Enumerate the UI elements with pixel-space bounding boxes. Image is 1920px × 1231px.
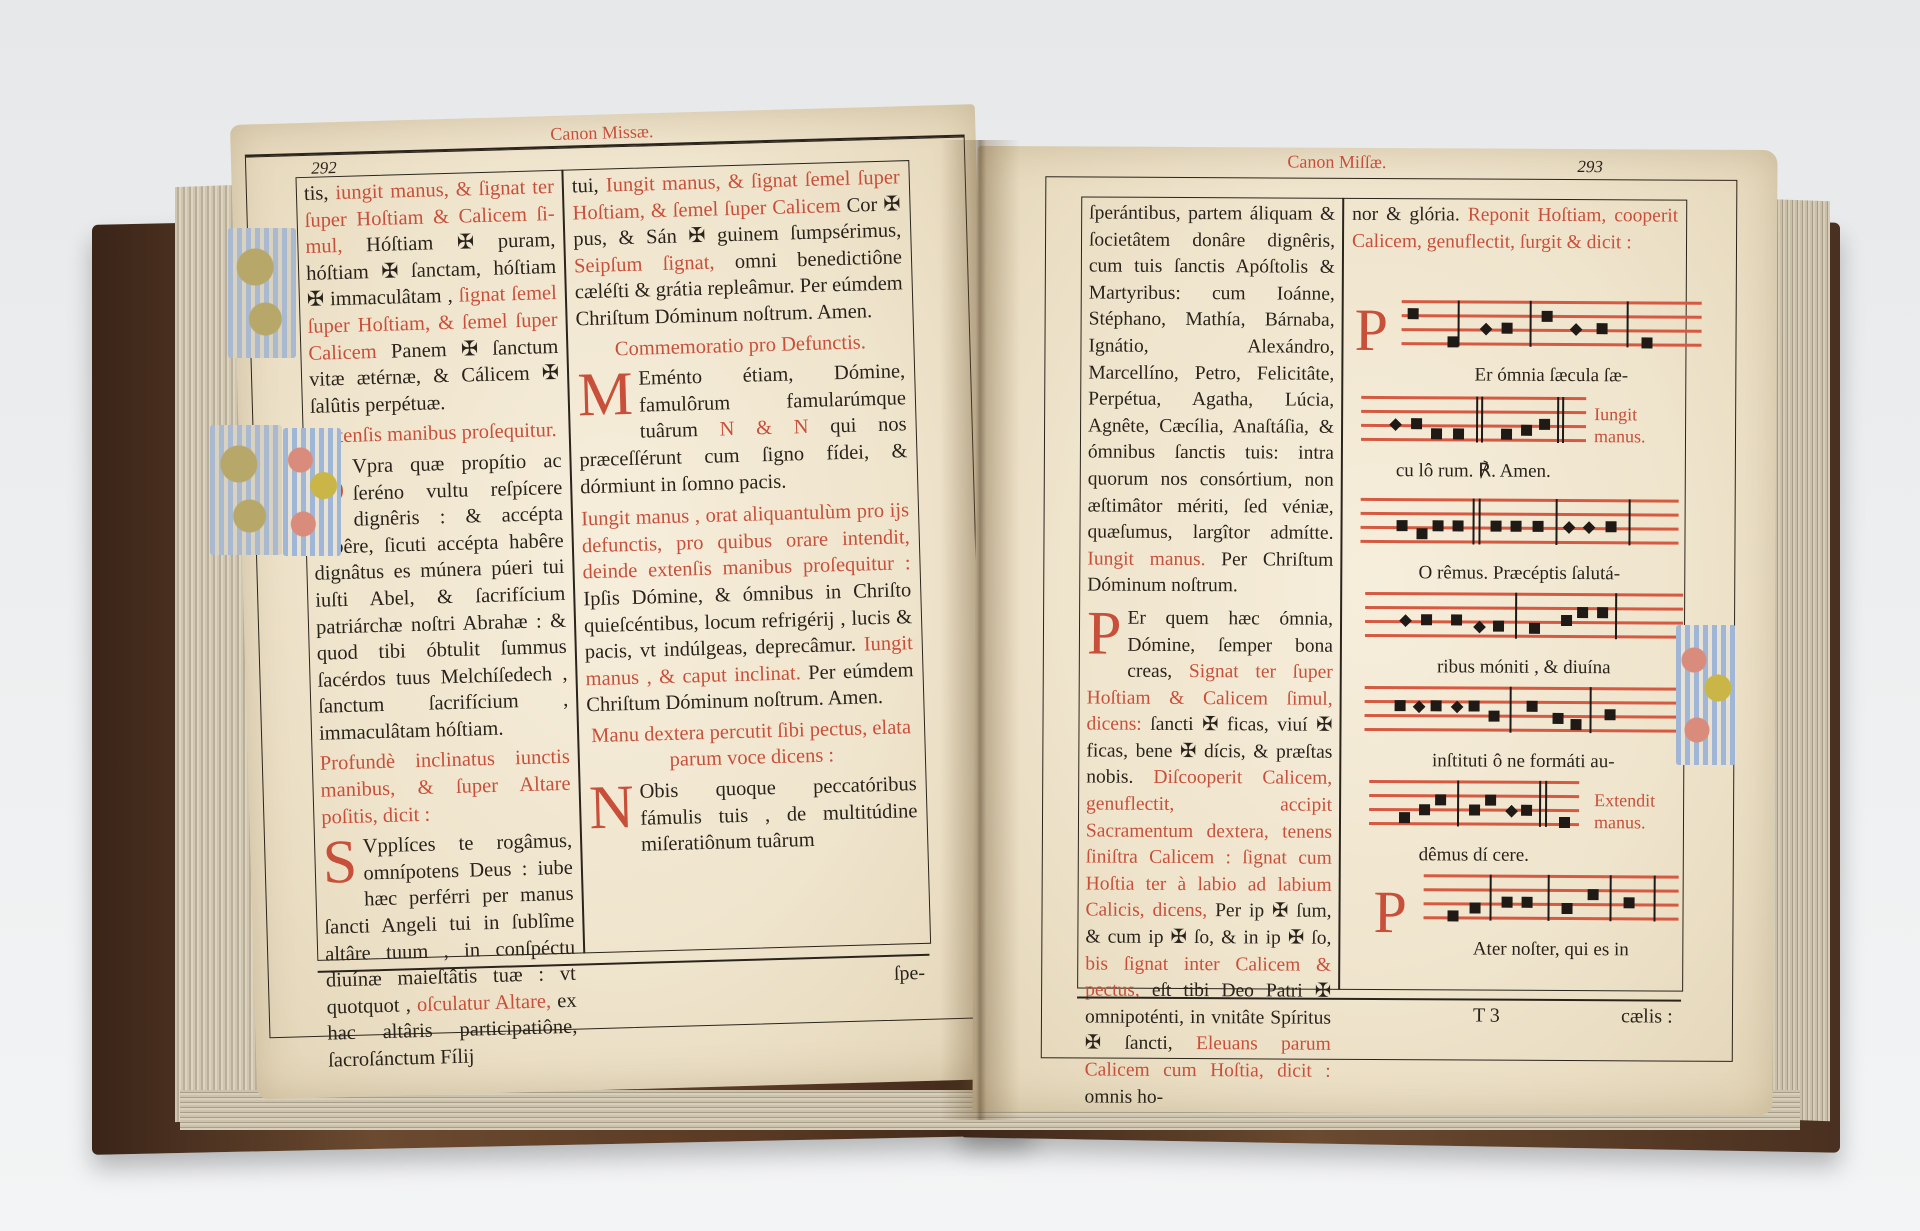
rubric-run: Diſcooperit Calicem, genuflectit, accipi…	[1085, 767, 1332, 921]
rubric-run: Iungit manus.	[1087, 548, 1205, 570]
drop-cap-initial: P	[1087, 607, 1122, 659]
red-staff	[1365, 588, 1683, 654]
text-run: ſperántibus, partem áliquam & ſocietâtem…	[1087, 202, 1335, 543]
drop-cap-initial: N	[588, 781, 634, 834]
prayer-per-quem: P Er quem hæc ómnia, Dómine, ſemper bona…	[1084, 605, 1333, 1112]
rubric-run: oſculatur Altare,	[417, 990, 552, 1016]
red-staff	[1364, 682, 1682, 748]
chant-lyric: dêmus dí cere.	[1369, 840, 1579, 871]
red-staff	[1360, 494, 1678, 560]
chant-initial-P: P	[1373, 878, 1407, 947]
red-staff	[1369, 776, 1579, 841]
communicantes-text: ſperántibus, partem áliquam & ſocietâtem…	[1087, 200, 1335, 600]
text-run: tui,	[572, 175, 607, 198]
drop-cap-initial: M	[577, 368, 634, 422]
chant-system-6: dêmus dí cere.	[1369, 776, 1579, 871]
prayer-supra-quae: S Vpra quæ propítio ac ſeréno vultu reſp…	[311, 448, 569, 747]
rubric-run: Seipſum ſignat,	[574, 251, 715, 277]
text-run: Ipſis Dómine, & ómnibus in Chriſto quieſ…	[583, 579, 912, 663]
right-column-a: ſperántibus, partem áliquam & ſocietâtem…	[1084, 200, 1335, 1111]
ribbon-marker[interactable]	[1676, 625, 1736, 765]
ribbon-marker[interactable]	[283, 428, 341, 556]
rubric-extensis: Extenſis manibus proſequitur.	[310, 417, 561, 451]
signature-mark: T 3	[1473, 1005, 1500, 1028]
rubric-profunde: Profundè inclinatus iunctis manibus, & ſ…	[320, 744, 572, 831]
text-run: nor & glória.	[1352, 204, 1460, 226]
text-run: omnis ho-	[1085, 1086, 1164, 1107]
running-head: Canon Missæ.	[550, 121, 654, 145]
rubric-names: N & N	[719, 416, 809, 440]
drop-cap-initial: S	[322, 836, 358, 889]
chant-lyric: O rêmus. Præcéptis ſalutá-	[1360, 558, 1678, 590]
chant-side-rubric: Iungit manus.	[1594, 403, 1674, 447]
right-column-b-intro: nor & glória. Reponit Hoſtiam, cooperit …	[1352, 202, 1678, 257]
left-page: Canon Missæ. 292 tis, iungit manus, & ſi…	[230, 104, 1002, 1099]
chant-system-2: cu lô rum. ℟. Amen.	[1361, 392, 1586, 487]
chant-lyric: Er ómnia ſæcula ſæ-	[1401, 360, 1701, 392]
prayer-memento: M Eménto étiam, Dómine, famulôrum famula…	[577, 358, 909, 500]
chant-side-rubric: Extendit manus.	[1594, 789, 1674, 833]
chant-system-4: ribus móniti , & diuína	[1365, 588, 1683, 684]
book-gutter	[940, 140, 1020, 1120]
prayer-text: Vpra quæ propítio ac ſeréno vultu reſpíc…	[314, 450, 569, 745]
ribbon-marker[interactable]	[210, 425, 282, 555]
rubric-run: Iungit manus , orat aliquantulùm pro ijs…	[581, 499, 911, 583]
chant-system-1: Er ómnia ſæcula ſæ-	[1401, 296, 1701, 392]
catchword: cælis :	[1621, 1005, 1673, 1028]
chant-system-3: O rêmus. Præcéptis ſalutá-	[1360, 494, 1678, 590]
heading-commemoratio: Commemoratio pro Defunctis.	[576, 328, 905, 364]
red-staff	[1423, 870, 1678, 935]
chant-system-5: inſtituti ô ne formáti au-	[1364, 682, 1682, 778]
chant-system-7: Ater noſter, qui es in	[1423, 870, 1678, 965]
rubric-manu-dextera: Manu dextera percutit ſibi pectus, elata…	[587, 714, 916, 776]
left-column-a: tis, iungit manus, & ſignat ter ſuper Ho…	[304, 174, 579, 1074]
chant-lyric: ribus móniti , & diuína	[1365, 652, 1683, 684]
chant-lyric: cu lô rum. ℟. Amen.	[1361, 456, 1586, 487]
text-run: tis,	[304, 182, 336, 205]
red-staff	[1361, 392, 1586, 457]
chant-lyric: Ater noſter, qui es in	[1423, 934, 1678, 965]
right-page: Canon Miſſæ. 293 ſperántibus, partem áli…	[972, 146, 1777, 1115]
red-staff	[1401, 296, 1701, 362]
prayer-supplices: S Vpplíces te rogâmus, omnípotens Deus :…	[322, 828, 579, 1074]
chant-initial-P: P	[1354, 296, 1388, 365]
folio-number: 293	[1577, 157, 1603, 177]
rubric-and-text: Iungit manus , orat aliquantulùm pro ijs…	[581, 497, 915, 719]
running-head: Canon Miſſæ.	[1287, 152, 1386, 174]
prayer-text: Obis quoque peccatóribus fámulis tuis , …	[639, 773, 917, 856]
prayer-nobis-quoque: N Obis quoque peccatóribus fámulis tuis …	[588, 771, 918, 860]
chant-lyric: inſtituti ô ne formáti au-	[1364, 746, 1682, 778]
catchword: ſpe-	[894, 962, 926, 986]
left-column-b: tui, Iungit manus, & ſignat ſemel ſuper …	[571, 164, 918, 860]
ribbon-marker[interactable]	[228, 228, 296, 358]
